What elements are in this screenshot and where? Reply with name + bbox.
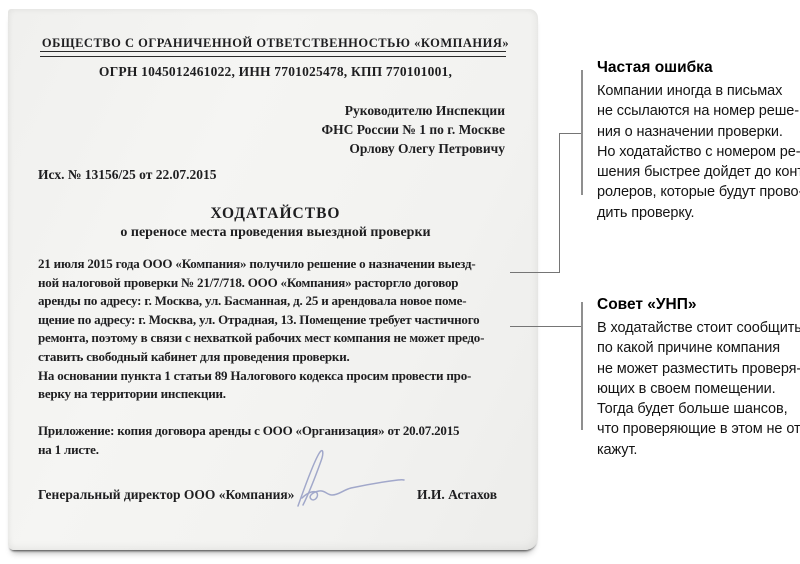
addressee-block: Руководителю Инспекции ФНС России № 1 по… [322,101,506,158]
signature-scribble-icon [290,447,408,511]
letterhead-company-name: ОБЩЕСТВО С ОГРАНИЧЕННОЙ ОТВЕТСТВЕННОСТЬЮ… [38,36,513,51]
signer-title: Генеральный директор ООО «Компания» [38,487,294,503]
letterhead-double-rule [40,51,506,57]
outgoing-number: Исх. № 13156/25 от 22.07.2015 [38,167,216,183]
document-title: ХОДАТАЙСТВО [38,205,513,223]
callout1-vertical-bar [581,70,583,195]
signature-row: Генеральный директор ООО «Компания» И.И.… [38,487,497,503]
page: ОБЩЕСТВО С ОГРАНИЧЕННОЙ ОТВЕТСТВЕННОСТЬЮ… [0,0,800,564]
callout-unp-advice-title: Совет «УНП» [597,295,799,315]
callout-unp-advice-text: В ходатайстве стоит сообщить, по какой п… [597,318,799,460]
callout2-vertical-bar [581,302,583,430]
callout1-connector-horizontal-from-text [510,272,559,273]
body-paragraph-2: На основании пункта 1 статьи 89 Налогово… [38,367,516,404]
body-paragraph-1: 21 июля 2015 года ООО «Компания» получил… [38,255,516,367]
callout-unp-advice: Совет «УНП» В ходатайстве стоит сообщить… [597,295,799,460]
signer-name: И.И. Астахов [417,487,497,503]
callout-common-mistake-text: Компании иногда в письмах не ссылаются н… [597,81,799,223]
callout1-connector-horizontal-to-callout [559,133,582,134]
callout-common-mistake-title: Частая ошибка [597,58,799,78]
letterhead-requisites: ОГРН 1045012461022, ИНН 7701025478, КПП … [38,64,513,80]
letter-document: ОБЩЕСТВО С ОГРАНИЧЕННОЙ ОТВЕТСТВЕННОСТЬЮ… [8,9,538,550]
document-subtitle: о переносе места проведения выездной про… [38,225,513,241]
callout1-connector-vertical [559,133,560,273]
callout-common-mistake: Частая ошибка Компании иногда в письмах … [597,58,799,223]
document-body: 21 июля 2015 года ООО «Компания» получил… [38,255,516,460]
attachment-line: Приложение: копия договора аренды с ООО … [38,422,516,459]
callout2-connector-horizontal [510,326,582,327]
